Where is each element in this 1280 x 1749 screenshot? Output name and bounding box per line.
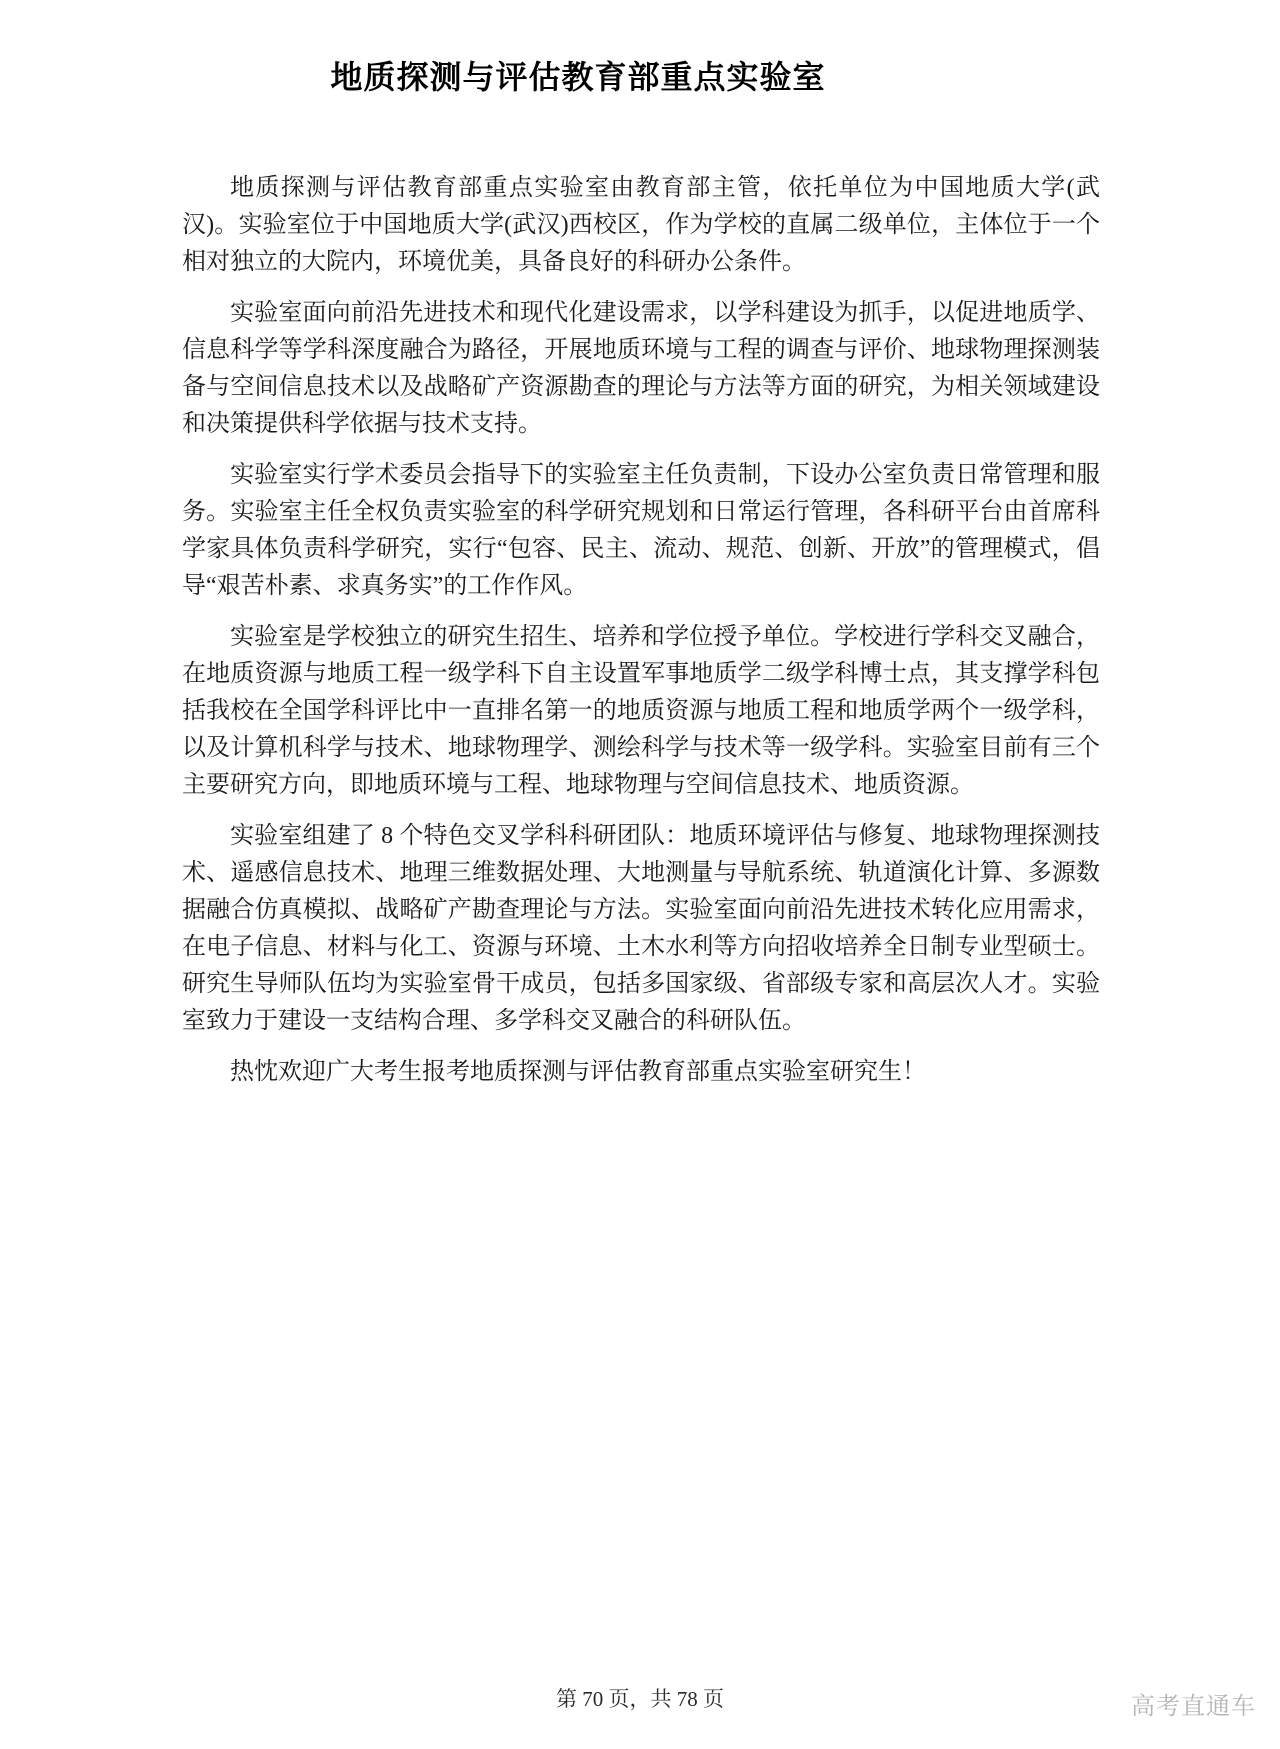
page-title: 地质探测与评估教育部重点实验室 bbox=[0, 0, 1218, 100]
body-paragraph-2: 实验室面向前沿先进技术和现代化建设需求，以学科建设为抓手，以促进地质学、信息科学… bbox=[182, 295, 1100, 443]
page-footer: 第 70 页，共 78 页 bbox=[0, 1683, 1280, 1713]
document-page: 地质探测与评估教育部重点实验室 地质探测与评估教育部重点实验室由教育部主管，依托… bbox=[0, 0, 1280, 1749]
body-paragraph-4: 实验室是学校独立的研究生招生、培养和学位授予单位。学校进行学科交叉融合，在地质资… bbox=[182, 619, 1100, 804]
page-number-label: 第 70 页，共 78 页 bbox=[556, 1687, 724, 1711]
document-body: 地质探测与评估教育部重点实验室由教育部主管，依托单位为中国地质大学(武汉)。实验… bbox=[182, 170, 1100, 1091]
body-paragraph-1: 地质探测与评估教育部重点实验室由教育部主管，依托单位为中国地质大学(武汉)。实验… bbox=[182, 170, 1100, 281]
body-paragraph-6: 热忱欢迎广大考生报考地质探测与评估教育部重点实验室研究生！ bbox=[182, 1054, 1100, 1091]
body-paragraph-5: 实验室组建了 8 个特色交叉学科科研团队：地质环境评估与修复、地球物理探测技术、… bbox=[182, 818, 1100, 1040]
body-paragraph-3: 实验室实行学术委员会指导下的实验室主任负责制，下设办公室负责日常管理和服务。实验… bbox=[182, 457, 1100, 605]
watermark-text: 高考直通车 bbox=[1131, 1686, 1256, 1721]
